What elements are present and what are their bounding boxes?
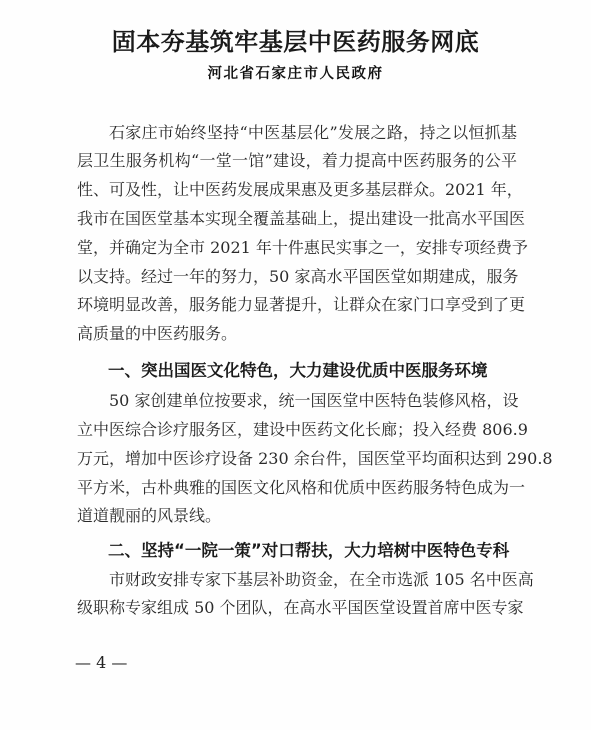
body-line: 高质量的中医药服务。: [77, 323, 517, 345]
body-line: 性、可及性，让中医药发展成果惠及更多基层群众。2021 年，: [77, 179, 517, 201]
body-line: 50 家创建单位按要求，统一国医堂中医特色装修风格，设: [109, 390, 517, 412]
body-line: 市财政安排专家下基层补助资金，在全市选派 105 名中医高: [109, 569, 517, 591]
body-line: 道道靓丽的风景线。: [77, 505, 517, 527]
section-heading: 二、坚持“一院一策”对口帮扶，大力培树中医特色专科: [108, 540, 509, 562]
document-title: 固本夯基筑牢基层中医药服务网底: [0, 26, 591, 58]
body-line: 平方米，古朴典雅的国医文化风格和优质中医药服务特色成为一: [77, 477, 517, 499]
section-heading: 一、突出国医文化特色，大力建设优质中医服务环境: [108, 360, 488, 382]
body-line: 环境明显改善，服务能力显著提升，让群众在家门口享受到了更: [77, 294, 517, 316]
page-number: — 4 —: [75, 652, 127, 674]
body-line: 堂，并确定为全市 2021 年十件惠民实事之一，安排专项经费予: [77, 237, 517, 259]
body-line: 我市在国医堂基本实现全覆盖基础上，提出建设一批高水平国医: [77, 208, 517, 230]
document-page: 固本夯基筑牢基层中医药服务网底 河北省石家庄市人民政府 石家庄市始终坚持“中医基…: [0, 0, 591, 730]
body-line: 层卫生服务机构“一堂一馆”建设，着力提高中医药服务的公平: [77, 150, 517, 172]
body-line: 立中医综合诊疗服务区，建设中医药文化长廊；投入经费 806.9: [77, 419, 517, 441]
body-line: 以支持。经过一年的努力，50 家高水平国医堂如期建成，服务: [77, 266, 517, 288]
body-line: 级职称专家组成 50 个团队，在高水平国医堂设置首席中医专家: [77, 597, 517, 619]
document-author: 河北省石家庄市人民政府: [0, 63, 591, 85]
body-line: 石家庄市始终坚持“中医基层化”发展之路，持之以恒抓基: [109, 122, 517, 144]
body-line: 万元，增加中医诊疗设备 230 余台件，国医堂平均面积达到 290.8: [77, 448, 517, 470]
